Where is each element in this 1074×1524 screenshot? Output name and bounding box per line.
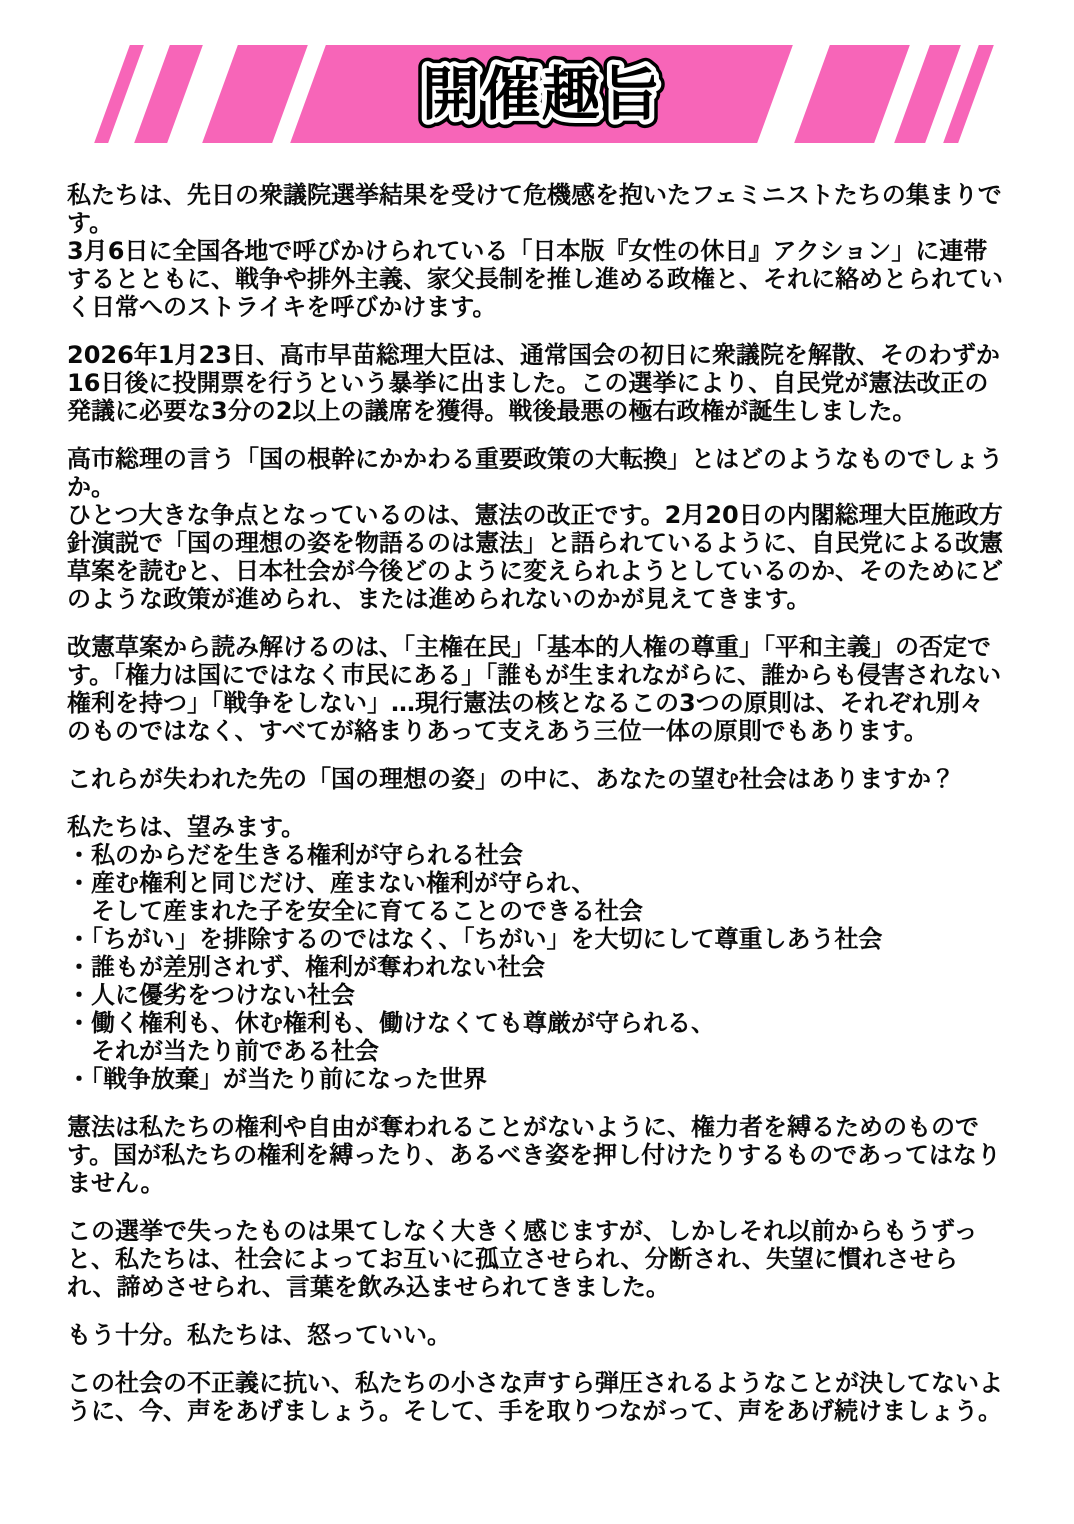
body-text: 私たちは、先日の衆議院選挙結果を受けて危機感を抱いたフェミニストたちの集まりです… [0, 181, 1074, 1425]
paragraph: この選挙で失ったものは果てしなく大きく感じますが、しかしそれ以前からもうずっと、… [67, 1217, 1007, 1301]
paragraph: 私たちは、望みます。・私のからだを生きる権利が守られる社会・産む権利と同じだけ、… [67, 813, 1007, 1093]
paragraph: この社会の不正義に抗い、私たちの小さな声すら弾圧されるようなことが決してないよう… [67, 1369, 1007, 1425]
diagonal-stripe-left-thin [94, 45, 144, 143]
page-title-text: 開催趣旨 [421, 60, 661, 128]
paragraph: 高市総理の言う「国の根幹にかかわる重要政策の大転換」とはどのようなものでしょうか… [67, 445, 1007, 613]
paragraph: もう十分。私たちは、怒っていい。 [67, 1321, 1007, 1349]
paragraph: これらが失われた先の「国の理想の姿」の中に、あなたの望む社会はありますか？ [67, 765, 1007, 793]
paragraph: 憲法は私たちの権利や自由が奪われることがないように、権力者を縛るためのものです。… [67, 1113, 1007, 1197]
header-banner: 開催趣旨 開催趣旨 開催趣旨 [0, 45, 1074, 143]
diagonal-stripe-left-medium [134, 45, 203, 143]
paragraph: 2026年1月23日、高市早苗総理大臣は、通常国会の初日に衆議院を解散、そのわず… [67, 341, 1007, 425]
diagonal-stripe-left-wide [202, 45, 308, 143]
diagonal-stripe-right-wide [794, 45, 910, 143]
paragraph: 私たちは、先日の衆議院選挙結果を受けて危機感を抱いたフェミニストたちの集まりです… [67, 181, 1007, 321]
paragraph: 改憲草案から読み解けるのは、「主権在民」「基本的人権の尊重」「平和主義」の否定で… [67, 633, 1007, 745]
flyer-page: 開催趣旨 開催趣旨 開催趣旨 私たちは、先日の衆議院選挙結果を受けて危機感を抱い… [0, 0, 1074, 1524]
page-title: 開催趣旨 開催趣旨 開催趣旨 [312, 48, 772, 140]
title-banner: 開催趣旨 開催趣旨 開催趣旨 [290, 45, 793, 143]
